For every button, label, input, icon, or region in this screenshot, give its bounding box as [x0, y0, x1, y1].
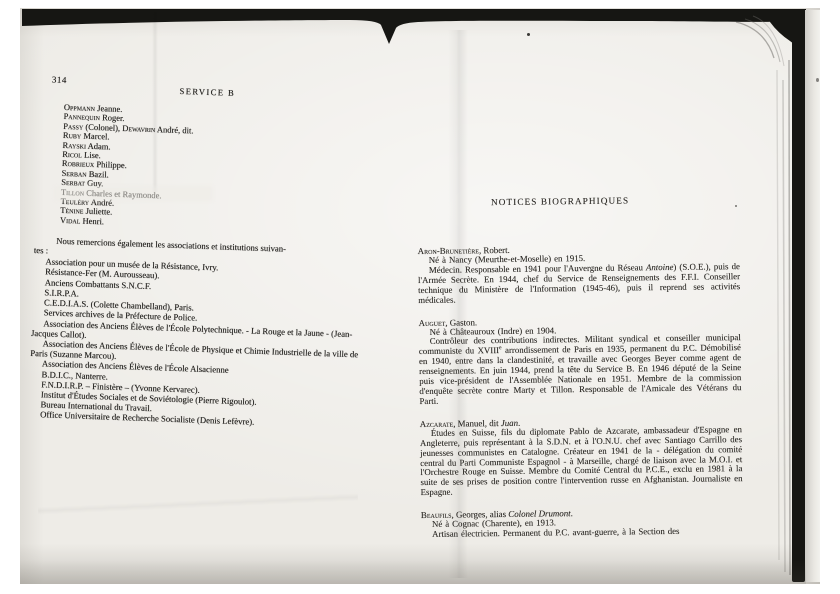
bottom-scan-shadow [20, 560, 806, 584]
text-segment: Dewavrin [122, 123, 155, 134]
scanned-book-spread: { "document_type": "scanned book spread"… [0, 0, 840, 594]
book-right-edge-band [792, 18, 805, 582]
entry-paragraph: Études en Suisse, fils du diplomate Pabl… [420, 425, 743, 498]
biography-entries: Aron-Brunetière, Robert.Né à Nancy (Meur… [418, 242, 744, 540]
biography-entry: Beaufils, Georges, alias Colonel Drumont… [421, 506, 743, 540]
text-segment: Études en Suisse, fils du diplomate Pabl… [420, 424, 743, 497]
scan-smudge [56, 188, 211, 199]
page-left: 314 SERVICE B Oppmann Jeanne.Pannequin R… [28, 74, 372, 431]
entry-paragraph: Médecin. Responsable en 1941 pour l'Auve… [418, 262, 740, 306]
associations-list: Association pour un musée de la Résistan… [28, 256, 365, 431]
names-list: Oppmann Jeanne.Pannequin Roger.Passy (Co… [60, 103, 371, 236]
text-segment: . [571, 508, 573, 518]
text-segment: Artisan électricien. Permanent du P.C. a… [432, 526, 679, 539]
scan-speck [527, 33, 530, 36]
biography-entry: Auguet, Gaston.Né à Châteauroux (Indre) … [418, 314, 741, 407]
entry-paragraph: Artisan électricien. Permanent du P.C. a… [421, 526, 743, 540]
biography-entry: Azcarate, Manuel, dit Juan.Études en Sui… [420, 415, 743, 498]
entry-paragraph: Contrôleur des contributions indirectes.… [419, 333, 742, 406]
biography-entry: Aron-Brunetière, Robert.Né à Nancy (Meur… [418, 242, 741, 305]
text-segment: André, dit. [155, 124, 194, 135]
text-segment: Henri. [80, 215, 104, 226]
running-title: SERVICE B [179, 86, 235, 98]
text-segment: Antoine [646, 262, 673, 272]
page-stack-edge [805, 10, 820, 582]
page-right: NOTICES BIOGRAPHIQUES Aron-Brunetière, R… [417, 194, 743, 552]
text-segment: Vidal [60, 215, 81, 226]
page-number: 314 [52, 74, 67, 85]
scan-speck [816, 78, 819, 82]
